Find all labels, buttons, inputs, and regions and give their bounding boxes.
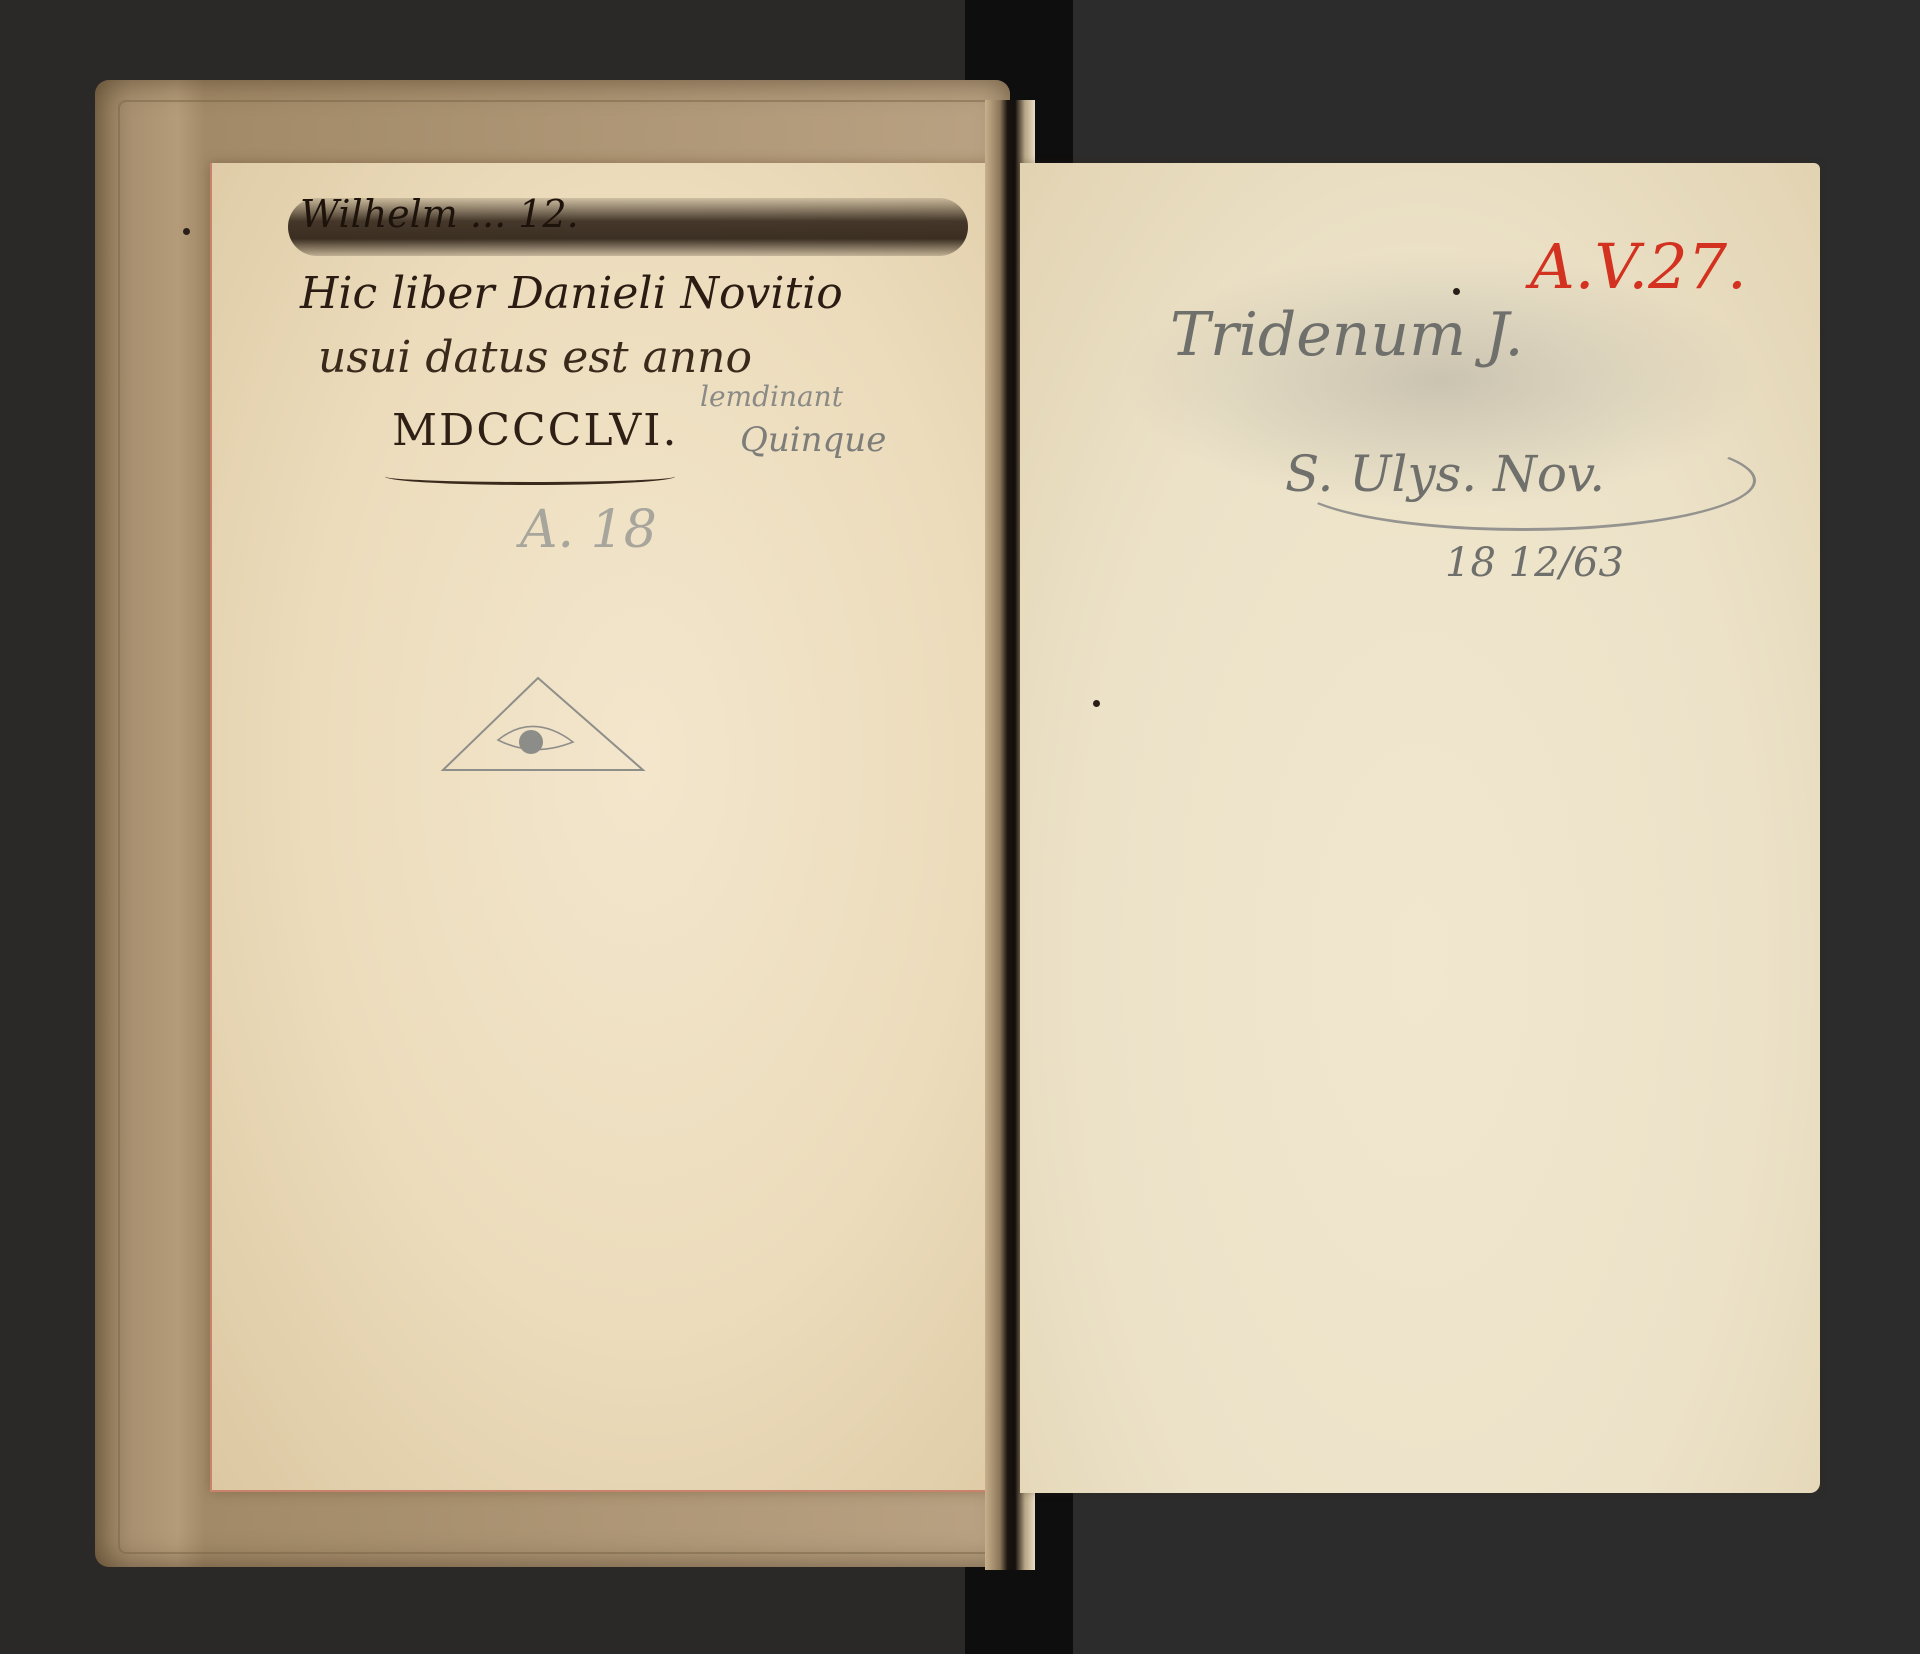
inscription-line-1: Hic liber Danieli Novitio [300,268,843,319]
inscription-line-2: usui datus est anno [318,332,752,383]
pencil-faint-number: A. 18 [520,500,657,560]
pencil-note-lower: Quinque [740,420,886,460]
pencil-note-upper: lemdinant [700,380,843,413]
ink-speck [1453,288,1460,295]
year-underline [385,468,675,485]
eye-icon [433,670,653,780]
ink-speck [183,228,190,235]
pencil-line-1: Tridenum J. [1170,300,1524,370]
struck-inscription: Wilhelm ... 12. [300,192,579,236]
eye-in-triangle-drawing [433,670,653,780]
ink-speck [1093,700,1100,707]
inscription-year: MDCCCLVI. [392,405,678,456]
shelfmark-label: A.V.27. [1530,230,1747,303]
pencil-line-2: S. Ulys. Nov. [1285,445,1605,503]
pencil-date: 18 12/63 [1445,540,1624,586]
